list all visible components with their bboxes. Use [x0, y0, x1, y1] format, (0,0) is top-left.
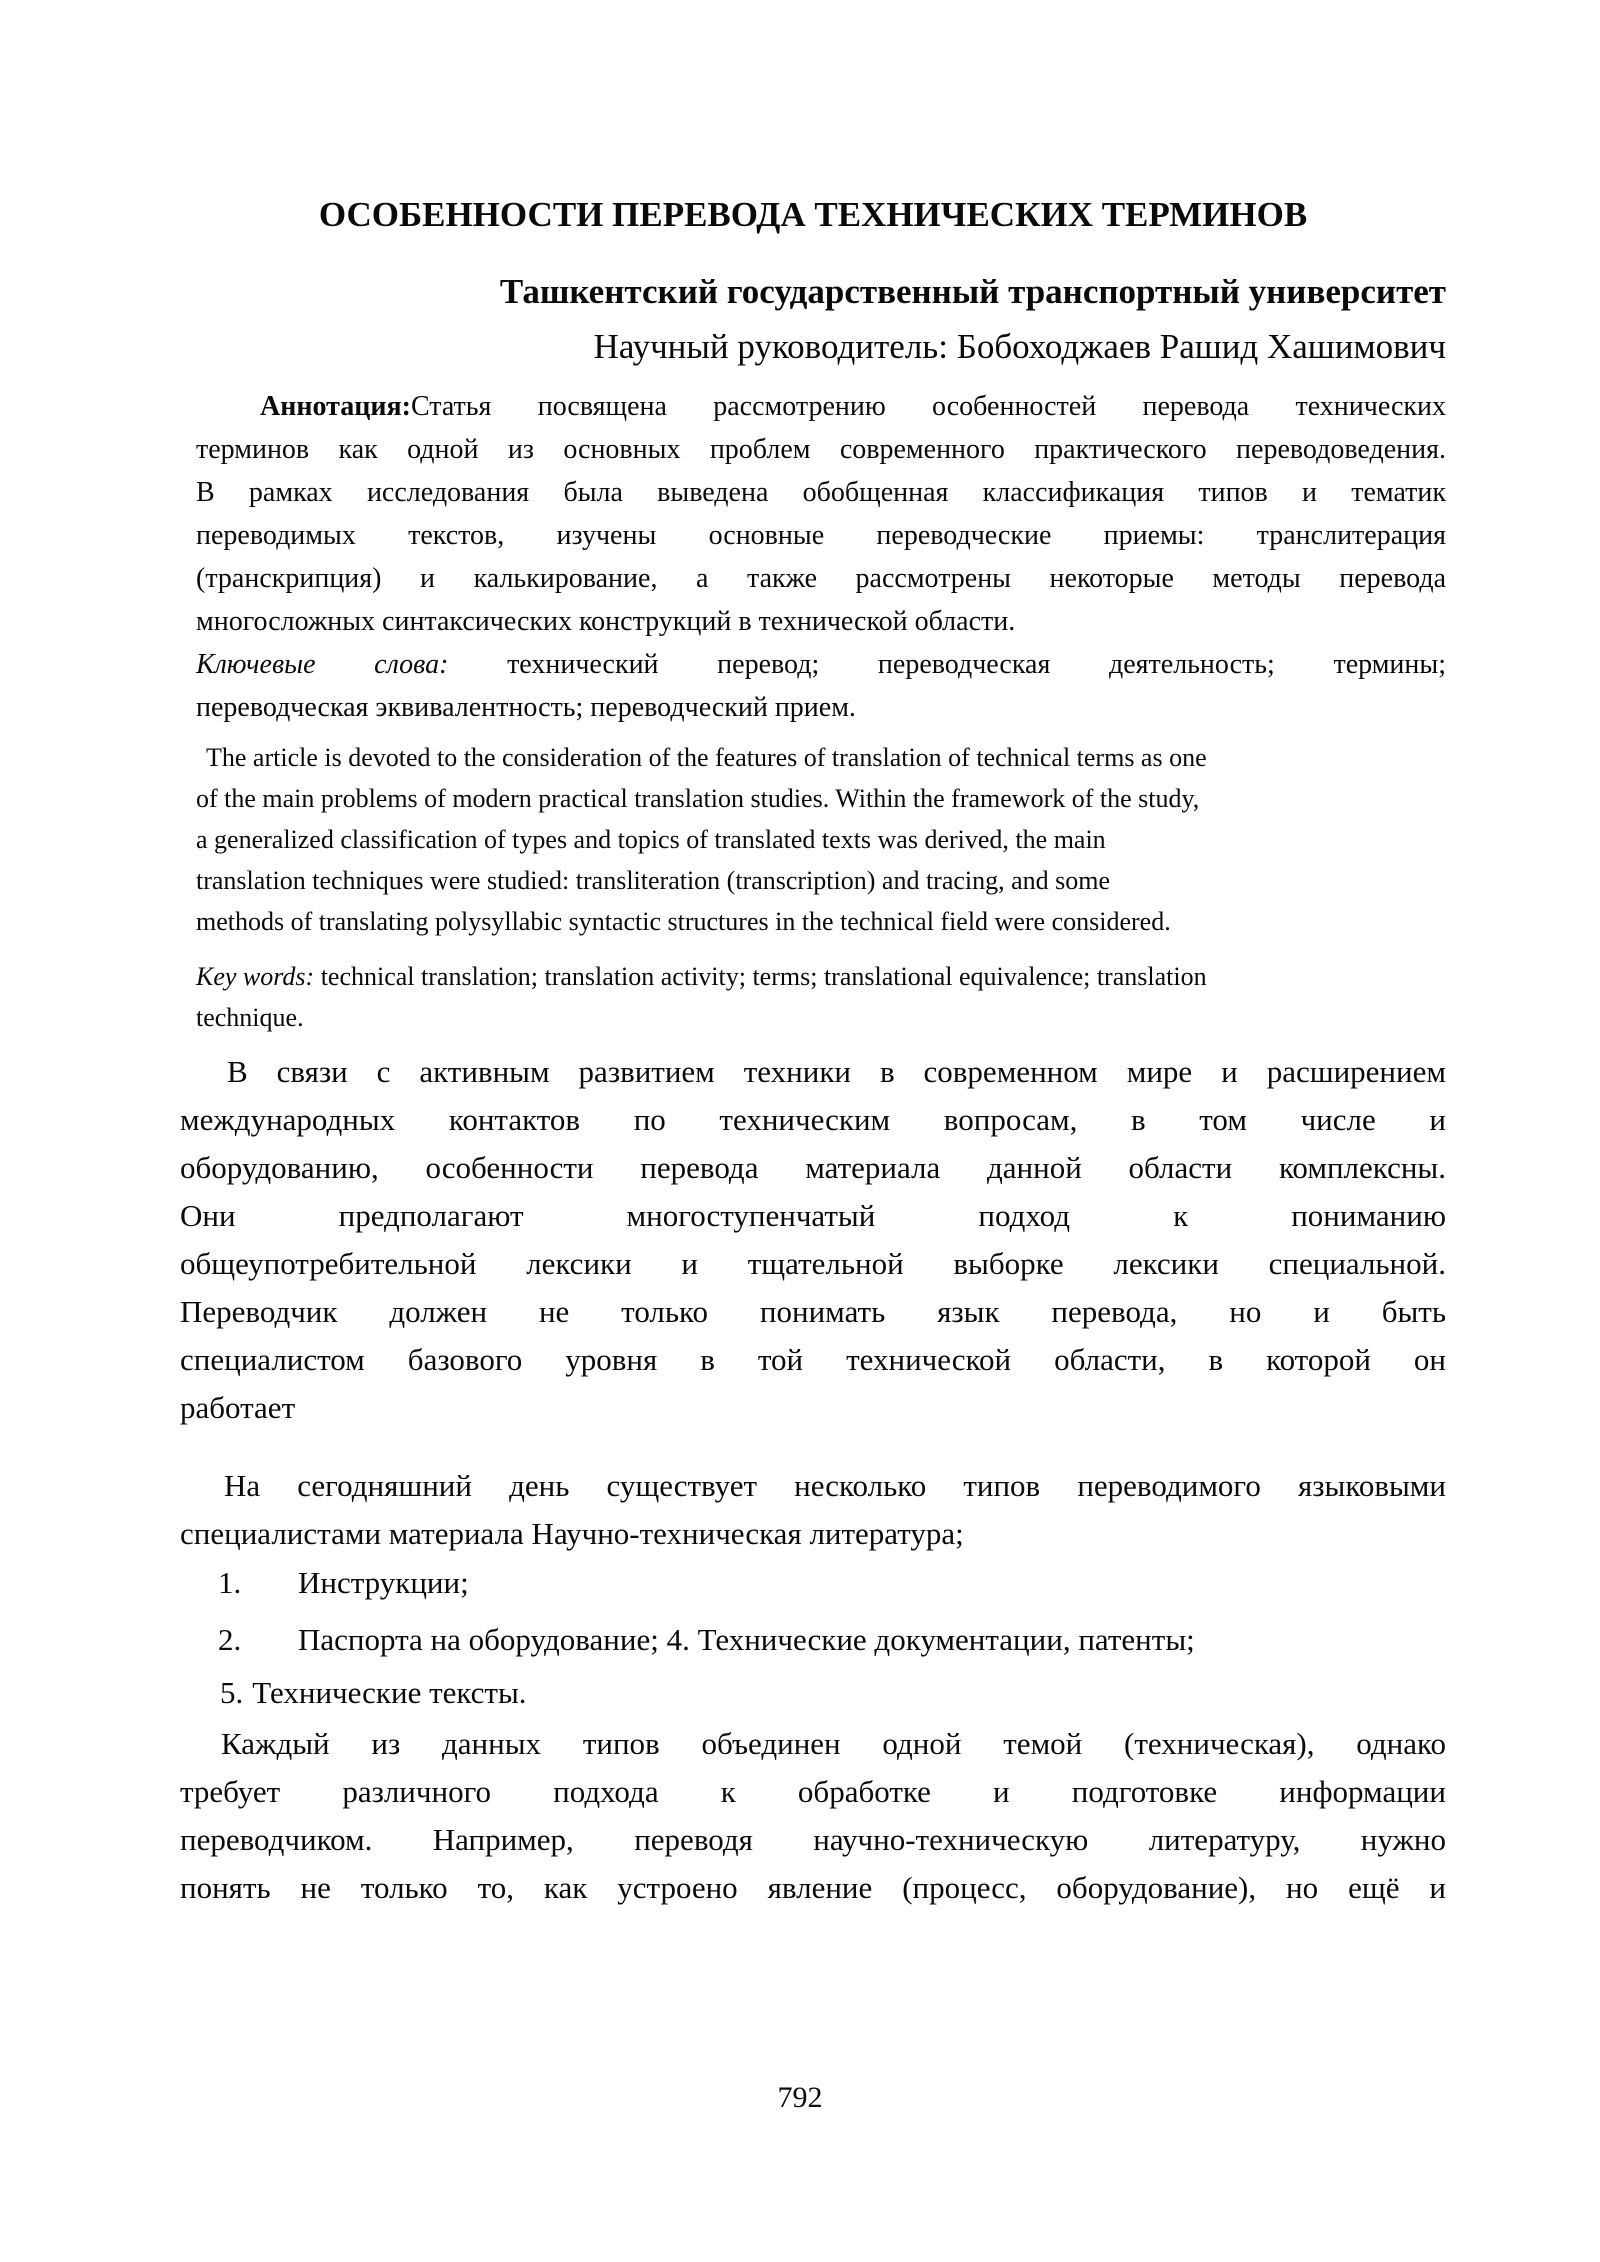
text-line: понять не только то, как устроено явлени… [180, 1864, 1446, 1912]
body-paragraph-3-lines: Каждый из данных типов объединен одной т… [180, 1720, 1446, 1912]
text-line: общеупотребительной лексики и тщательной… [180, 1240, 1446, 1288]
document-page: ОСОБЕННОСТИ ПЕРЕВОДА ТЕХНИЧЕСКИХ ТЕРМИНО… [0, 0, 1600, 2262]
affiliation-line: Ташкентский государственный транспортный… [180, 271, 1446, 313]
keywords-en-label: Key words: [196, 962, 314, 991]
text-line: (транскрипция) и калькирование, а также … [196, 557, 1446, 600]
keywords-en-lines: technique. [196, 997, 1446, 1038]
keywords-ru-first-line-text: технический перевод; переводческая деяте… [507, 649, 1446, 680]
page-content: ОСОБЕННОСТИ ПЕРЕВОДА ТЕХНИЧЕСКИХ ТЕРМИНО… [180, 0, 1446, 1912]
text-line: technique. [196, 997, 1446, 1038]
article-title: ОСОБЕННОСТИ ПЕРЕВОДА ТЕХНИЧЕСКИХ ТЕРМИНО… [180, 194, 1446, 236]
text-line: Переводчик должен не только понимать язы… [180, 1288, 1446, 1336]
keywords-ru-first-line: Ключевые слова: технический перевод; пер… [196, 643, 1446, 686]
text-line: a generalized classification of types an… [196, 819, 1446, 860]
keywords-ru-lines: переводческая эквивалентность; переводче… [196, 686, 1446, 729]
text-line: международных контактов по техническим в… [180, 1096, 1446, 1144]
keywords-en-first-line-text: technical translation; translation activ… [321, 962, 1207, 991]
abstract-en-paragraph: The article is devoted to the considerat… [196, 737, 1446, 942]
keywords-ru-paragraph: Ключевые слова: технический перевод; пер… [196, 643, 1446, 729]
list-item: 5.Технические тексты. [180, 1669, 1446, 1717]
list-item-number: 1. [218, 1559, 298, 1607]
body-paragraph-3: Каждый из данных типов объединен одной т… [180, 1720, 1446, 1912]
text-line: оборудованию, особенности перевода матер… [180, 1144, 1446, 1192]
page-number: 792 [0, 2078, 1600, 2118]
annotation-first-line-text: Статья посвящена рассмотрению особенност… [411, 391, 1446, 422]
text-line: translation techniques were studied: tra… [196, 860, 1446, 901]
text-line: требует различного подхода к обработке и… [180, 1768, 1446, 1816]
text-line: methods of translating polysyllabic synt… [196, 901, 1446, 942]
list-item-number: 2. [218, 1616, 298, 1664]
annotation-label: Аннотация: [260, 391, 411, 422]
text-line: переводимых текстов, изучены основные пе… [196, 514, 1446, 557]
text-line: переводчиком. Например, переводя научно-… [180, 1816, 1446, 1864]
list-item: 2.Паспорта на оборудование; 4. Техническ… [180, 1616, 1446, 1664]
text-line: работает [180, 1384, 1446, 1432]
list-item-number: 5. [220, 1669, 243, 1717]
body-paragraph-1-lines: В связи с активным развитием техники в с… [180, 1048, 1446, 1432]
keywords-en-first-line: Key words: technical translation; transl… [196, 956, 1446, 997]
numbered-list: 1.Инструкции; 2.Паспорта на оборудование… [180, 1559, 1446, 1717]
body-paragraph-2: На сегодняшний день существует несколько… [180, 1462, 1446, 1558]
annotation-lines: терминов как одной из основных проблем с… [196, 428, 1446, 643]
body-paragraph-1: В связи с активным развитием техники в с… [180, 1048, 1446, 1432]
abstract-en-lines: The article is devoted to the considerat… [196, 737, 1446, 942]
text-line: The article is devoted to the considerat… [196, 737, 1446, 778]
body-paragraph-2-lines: На сегодняшний день существует несколько… [180, 1462, 1446, 1558]
text-line: Каждый из данных типов объединен одной т… [180, 1720, 1446, 1768]
text-line: терминов как одной из основных проблем с… [196, 428, 1446, 471]
text-line: многосложных синтаксических конструкций … [196, 600, 1446, 643]
text-line: На сегодняшний день существует несколько… [180, 1462, 1446, 1510]
text-line: В рамках исследования была выведена обоб… [196, 471, 1446, 514]
keywords-en-paragraph: Key words: technical translation; transl… [196, 956, 1446, 1038]
list-item: 1.Инструкции; [180, 1559, 1446, 1607]
annotation-paragraph: Аннотация:Статья посвящена рассмотрению … [196, 385, 1446, 643]
list-item-text: Инструкции; [298, 1565, 469, 1600]
text-line: of the main problems of modern practical… [196, 778, 1446, 819]
text-line: специалистом базового уровня в той техни… [180, 1336, 1446, 1384]
text-line: специалистами материала Научно-техническ… [180, 1510, 1446, 1558]
keywords-ru-label: Ключевые слова: [196, 649, 448, 680]
text-line: Они предполагают многоступенчатый подход… [180, 1192, 1446, 1240]
text-line: В связи с активным развитием техники в с… [180, 1048, 1446, 1096]
annotation-first-line: Аннотация:Статья посвящена рассмотрению … [196, 385, 1446, 428]
text-line: переводческая эквивалентность; переводче… [196, 686, 1446, 729]
list-item-text: Технические тексты. [252, 1675, 526, 1710]
supervisor-line: Научный руководитель: Бобоходжаев Рашид … [180, 326, 1446, 368]
list-item-text: Паспорта на оборудование; 4. Технические… [298, 1622, 1195, 1657]
